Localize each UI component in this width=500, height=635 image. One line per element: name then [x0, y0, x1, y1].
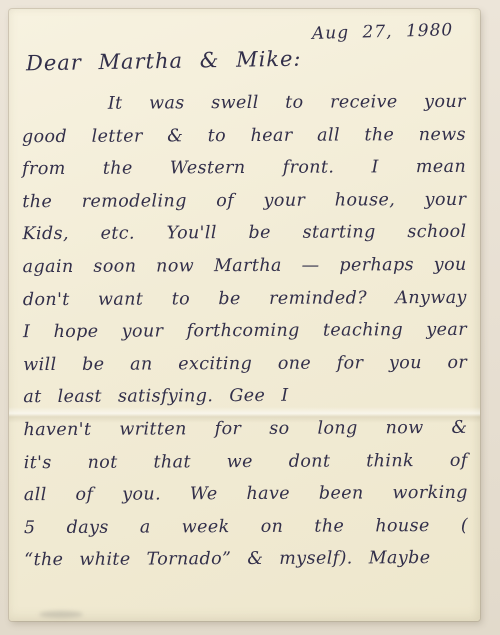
letter-salutation: Dear Martha & Mike:: [26, 47, 302, 76]
letter-line: 5 days a week on the house (: [24, 510, 468, 545]
letter-body: It was swell to receive yourgood letter …: [22, 86, 469, 577]
letter-scan: Aug 27, 1980 Dear Martha & Mike: It was …: [0, 0, 500, 635]
letter-line: I hope your forthcoming teaching year: [23, 314, 467, 349]
letter-line: it's not that we dont think of: [24, 444, 468, 479]
letter-paper: Aug 27, 1980 Dear Martha & Mike: It was …: [9, 9, 480, 621]
letter-line: haven't written for so long now &: [23, 412, 467, 447]
letter-line: will be an exciting one for you or: [23, 347, 467, 382]
letter-line: “the white Tornado” & myself). Maybe: [24, 542, 468, 577]
letter-line: all of you. We have been working: [24, 477, 468, 512]
letter-line: the remodeling of your house, your: [22, 184, 466, 219]
pencil-smudge: [39, 611, 83, 618]
letter-date: Aug 27, 1980: [312, 20, 454, 44]
letter-line: at least satisfying. Gee I: [23, 379, 467, 414]
letter-line: from the Western front. I mean: [22, 151, 466, 186]
letter-line: again soon now Martha — perhaps you: [23, 249, 467, 284]
letter-line: don't want to be reminded? Anyway: [23, 281, 467, 316]
letter-line: Kids, etc. You'll be starting school: [22, 216, 466, 251]
letter-line: good letter & to hear all the news: [22, 118, 466, 153]
letter-line: It was swell to receive your: [22, 86, 466, 121]
